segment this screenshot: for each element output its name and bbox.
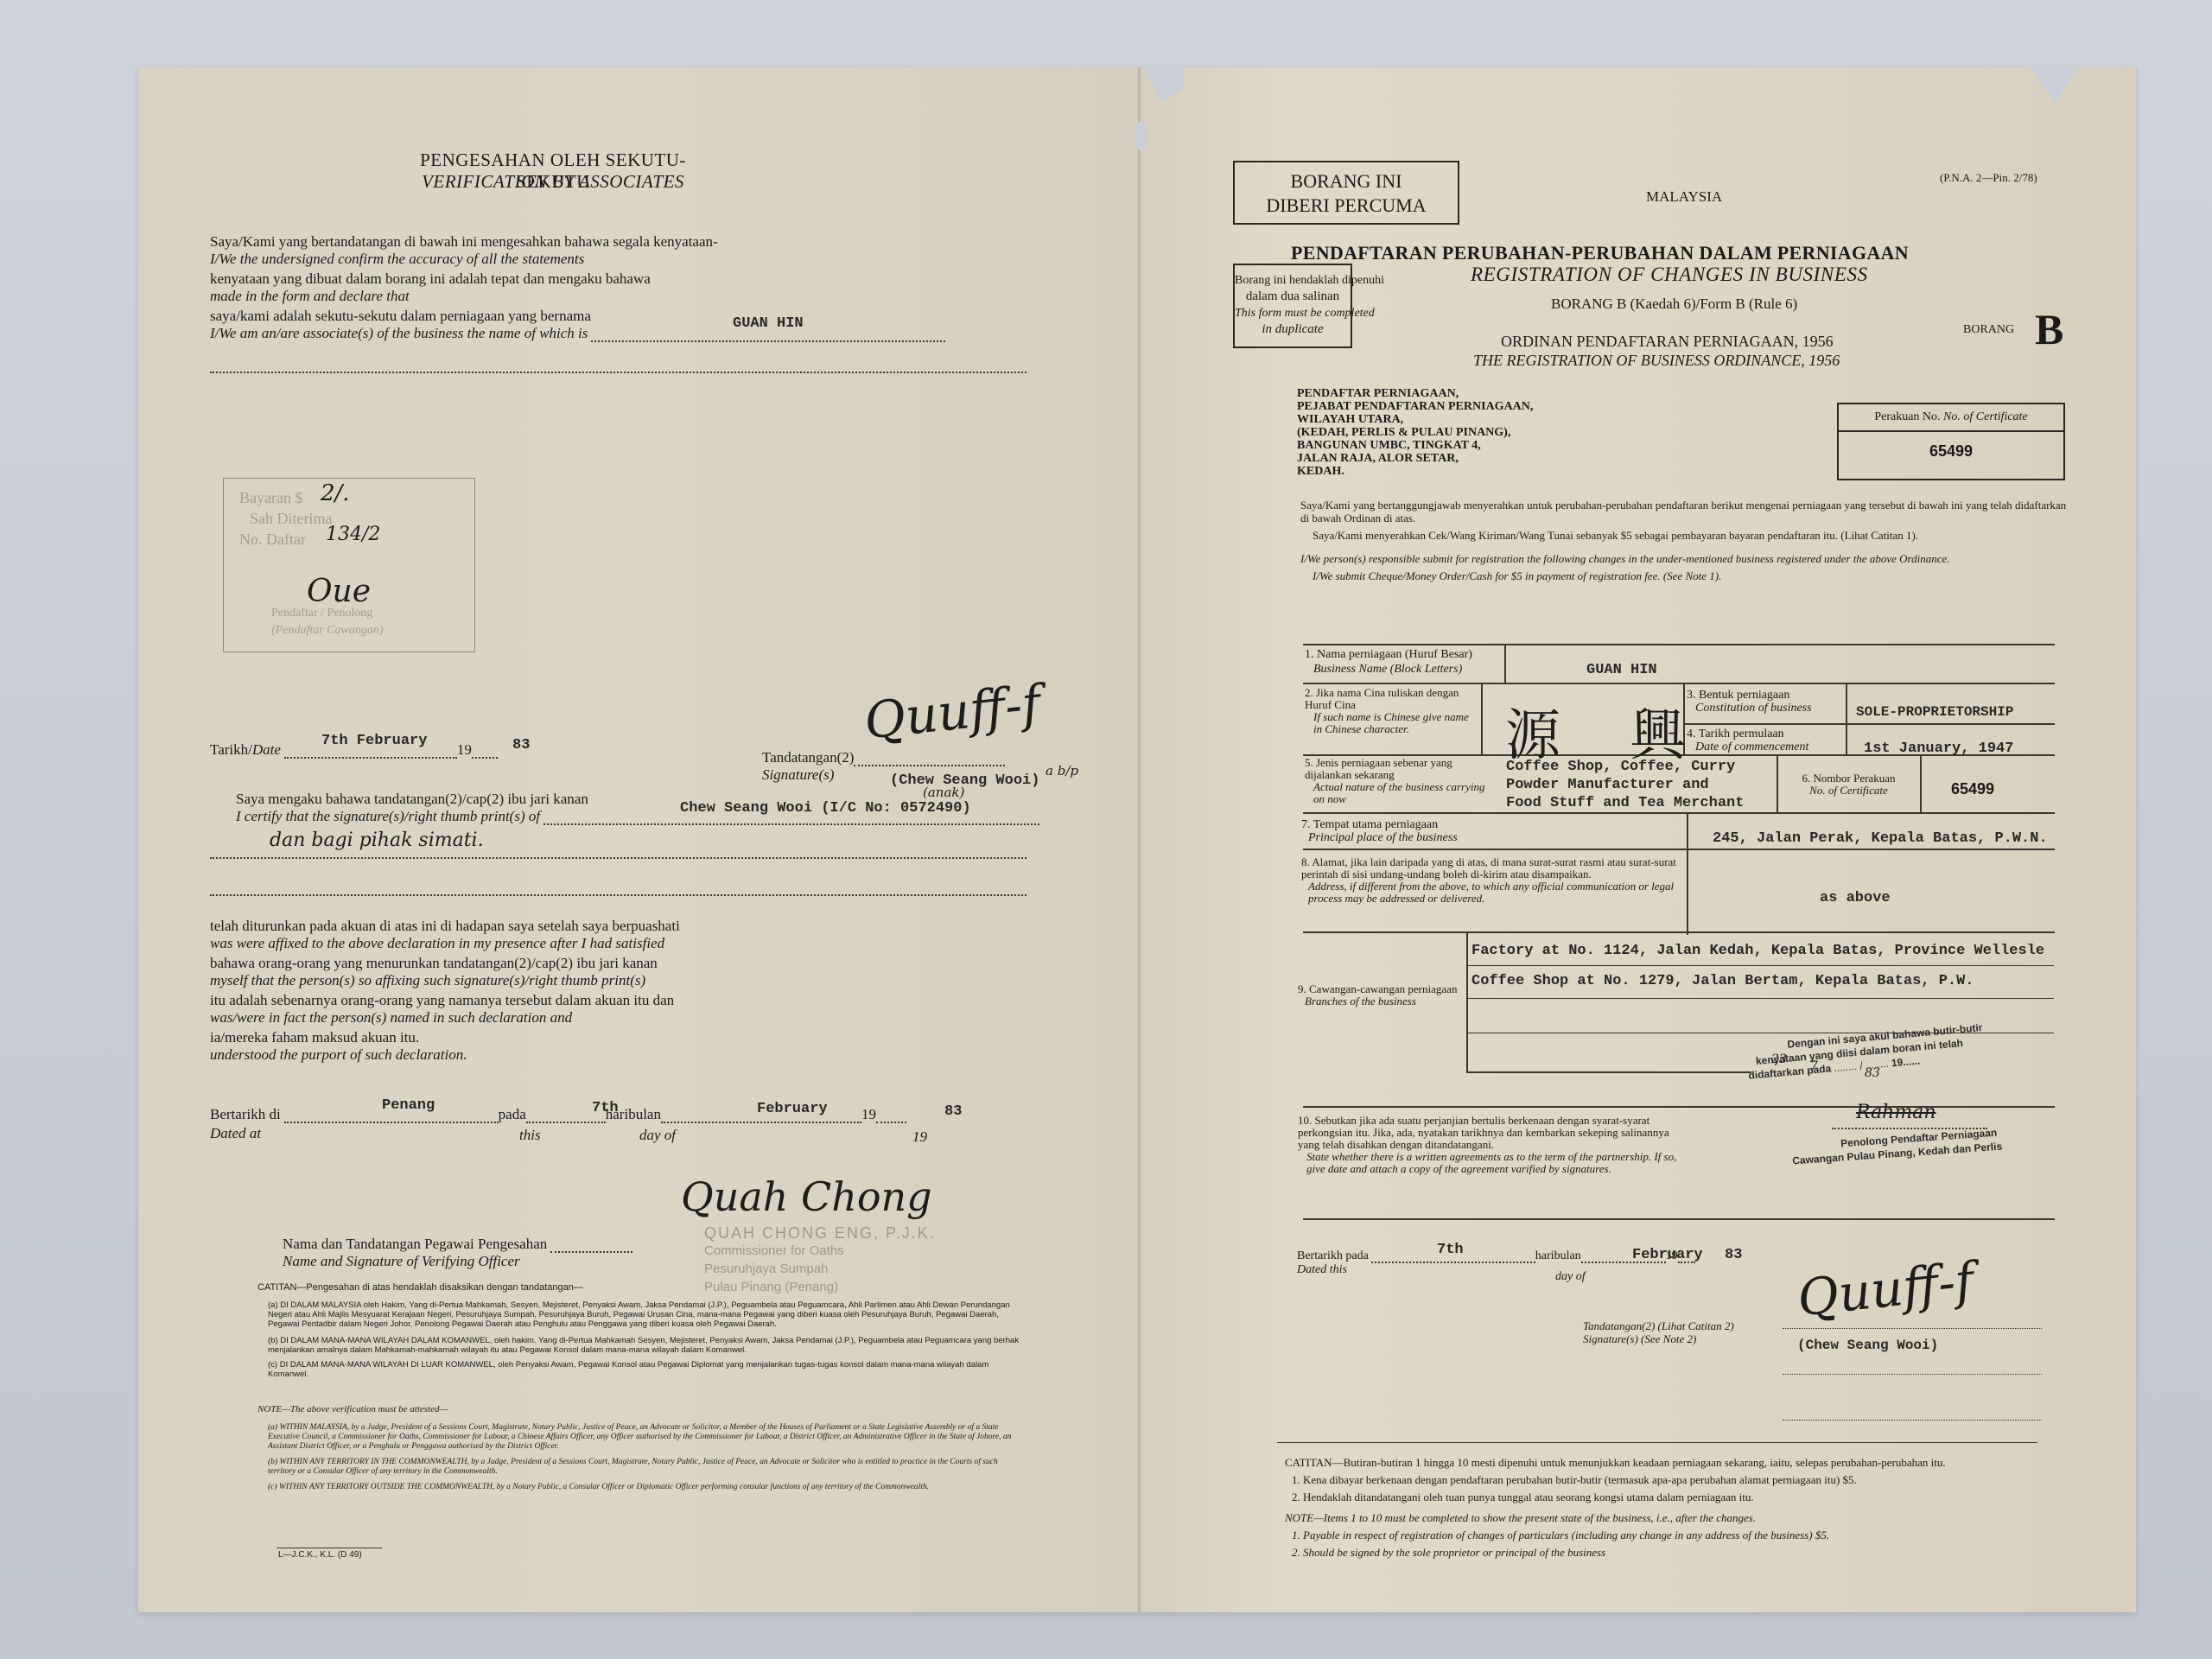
address-line: PEJABAT PENDAFTARAN PERNIAGAAN,	[1297, 400, 1533, 413]
table-col-rule	[1687, 812, 1688, 935]
field-label-en: State whether there is a written agreeme…	[1298, 1151, 1691, 1175]
note-heading: NOTE—The above verification must be atte…	[257, 1404, 448, 1414]
table-col-rule	[1846, 683, 1847, 754]
officer-label-en: Name and Signature of Verifying Officer	[283, 1253, 632, 1270]
certificate-number-value[interactable]: 65499	[1951, 780, 1994, 798]
date-label-ms: Tarikh/	[210, 741, 252, 759]
certified-person[interactable]: Chew Seang Wooi (I/C No: 0572490)	[680, 800, 971, 817]
field-8-label: 8. Alamat, jika lain daripada yang di at…	[1301, 856, 1686, 905]
handwritten-on-behalf: dan bagi pihak simati.	[270, 829, 484, 851]
catitan-item: 1. Kena dibayar berkenaan dengan pendaft…	[1285, 1473, 2037, 1486]
this-label-en: this	[519, 1127, 541, 1144]
paper-hole	[1135, 121, 1147, 150]
address-line: PENDAFTAR PERNIAGAAN,	[1297, 387, 1533, 400]
intro-line-en: made in the form and declare that	[210, 288, 1057, 305]
table-col-rule	[1504, 644, 1506, 683]
intro-line-en: I/We am an/are associate(s) of the busin…	[210, 325, 588, 342]
intro-line-ms: Saya/Kami yang bertandatangan di bawah i…	[210, 233, 1057, 251]
registrar-address: PENDAFTAR PERNIAGAAN, PEJABAT PENDAFTARA…	[1297, 387, 1533, 478]
field-1-label: 1. Nama perniagaan (Huruf Besar) Busines…	[1305, 647, 1472, 677]
signature-label-en: Signature(s) (See Note 2)	[1583, 1332, 1734, 1345]
form-code: (P.N.A. 2—Pin. 2/78)	[1940, 171, 2037, 185]
table-rule	[1466, 965, 2054, 966]
affixed-block: telah diturunkan pada akuan di atas ini …	[210, 918, 832, 1064]
stamp-line: Bayaran $	[239, 489, 302, 507]
printer-rule	[276, 1548, 382, 1548]
handwritten-amount: 2/.	[321, 480, 350, 506]
note-item: (b) WITHIN ANY TERRITORY IN THE COMMONWE…	[268, 1458, 1024, 1477]
free-form-box: BORANG INI DIBERI PERCUMA	[1233, 161, 1459, 225]
year-prefix: 19	[457, 741, 472, 759]
proprietor-name: (Chew Seang Wooi)	[1797, 1338, 1938, 1353]
field-label-ms: 10. Sebutkan jika ada suatu perjanjian b…	[1298, 1115, 1691, 1151]
duplicate-notice-box: Borang ini hendaklah dipenuhi dalam dua …	[1233, 264, 1352, 348]
field-label-ms: 9. Cawangan-cawangan perniagaan	[1298, 983, 1462, 995]
certify-en: I certify that the signature(s)/right th…	[236, 808, 540, 825]
catitan-heading: CATITAN—Pengesahan di atas hendaklah dis…	[257, 1282, 583, 1293]
field-label-ms: 3. Bentuk perniagaan	[1687, 689, 1812, 702]
field-4-label: 4. Tarikh permulaan Date of commencement	[1687, 728, 1808, 753]
note-list: (a) WITHIN MALAYSIA, by a Judge, Preside…	[268, 1423, 1024, 1492]
signature-label-ms: Tandatangan(2) (Lihat Catitan 2)	[1583, 1319, 1734, 1332]
dated-at-label: Bertarikh di	[210, 1106, 281, 1123]
field-3-label: 3. Bentuk perniagaan Constitution of bus…	[1687, 689, 1812, 715]
note-item: (a) WITHIN MALAYSIA, by a Judge, Preside…	[268, 1423, 1024, 1452]
field-label-en: Constitution of business	[1687, 702, 1812, 715]
free-box-line: DIBERI PERCUMA	[1235, 194, 1458, 218]
affixed-ms: bahawa orang-orang yang menurunkan tanda…	[210, 955, 832, 972]
certificate-number[interactable]: 65499	[1839, 442, 2063, 461]
address-line: KEDAH.	[1297, 465, 1533, 478]
field-2-label: 2. Jika nama Cina tuliskan dengan Huruf …	[1305, 687, 1478, 735]
table-rule	[1303, 1106, 2055, 1108]
declaration-text-en: I/We person(s) responsible submit for re…	[1300, 552, 2069, 565]
dotted-line	[210, 372, 1027, 373]
dated-day-value[interactable]: 7th	[592, 1100, 619, 1117]
table-rule	[1303, 931, 2055, 933]
stamp-year-prefix: 19	[1891, 1056, 1904, 1069]
date-year[interactable]: 83	[512, 737, 530, 754]
dated-day-value[interactable]: 7th	[1437, 1242, 1464, 1259]
table-col-rule	[1481, 683, 1483, 754]
catitan-list: (a) DI DALAM MALAYSIA oleh Hakim, Yang d…	[268, 1300, 1024, 1379]
field-label-en: Branches of the business	[1298, 995, 1462, 1007]
duplicate-line: This form must be completed	[1235, 305, 1351, 321]
form-rule: BORANG B (Kaedah 6)/Form B (Rule 6)	[1551, 296, 1797, 313]
branch-2-value[interactable]: Coffee Shop at No. 1279, Jalan Bertam, K…	[1471, 973, 1974, 989]
country-label: MALAYSIA	[1646, 188, 1722, 206]
nature-line: Coffee Shop, Coffee, Curry	[1506, 758, 1744, 776]
dated-place-value[interactable]: Penang	[382, 1097, 435, 1115]
verification-title-en: VERIFICATION BY ASSOCIATES	[389, 171, 717, 193]
intro-line-ms: saya/kami adalah sekutu-sekutu dalam per…	[210, 308, 1057, 325]
nature-line: Powder Manufacturer and	[1506, 776, 1744, 794]
table-col-rule	[1777, 754, 1778, 812]
principal-place-value[interactable]: 245, Jalan Perak, Kepala Batas, P.W.N.	[1713, 830, 2048, 848]
note-item: 1. Payable in respect of registration of…	[1285, 1529, 2037, 1541]
notes-rule	[1277, 1442, 2037, 1443]
stamp-footer: (Pendaftar Cawangan)	[271, 624, 384, 638]
pada-label: pada	[499, 1106, 526, 1123]
handwritten-initials: a b/p	[1046, 763, 1078, 779]
dated-day-line[interactable]	[1371, 1262, 1535, 1263]
duplicate-line: dalam dua salinan	[1235, 289, 1351, 305]
duplicate-line: Borang ini hendaklah dipenuhi	[1235, 272, 1351, 289]
officer-signature: Quah Chong	[681, 1173, 932, 1220]
field-10-label: 10. Sebutkan jika ada suatu perjanjian b…	[1298, 1115, 1691, 1175]
day-of-label-en: day of	[1555, 1270, 1586, 1284]
date-label-en: Date	[252, 741, 281, 759]
field-label-en: Actual nature of the business carrying o…	[1305, 781, 1491, 805]
address-line: JALAN RAJA, ALOR SETAR,	[1297, 452, 1533, 465]
dated-month-value[interactable]: February	[1632, 1247, 1703, 1264]
certificate-header: Perakuan No. No. of Certificate	[1839, 404, 2063, 432]
dated-year-value[interactable]: 83	[1725, 1247, 1742, 1264]
field-label-ms: 1. Nama perniagaan (Huruf Besar)	[1305, 647, 1472, 662]
note-item: 2. Should be signed by the sole propriet…	[1285, 1546, 2037, 1559]
commencement-date-value[interactable]: 1st January, 1947	[1864, 741, 2013, 758]
address-line: (KEDAH, PERLIS & PULAU PINANG),	[1297, 426, 1533, 439]
stamp-line: No. Daftar	[239, 531, 306, 549]
place-line[interactable]	[284, 1122, 499, 1123]
field-6-label: 6. Nombor Perakuan No. of Certificate	[1782, 772, 1916, 797]
month-line[interactable]	[661, 1122, 861, 1123]
catitan-heading: CATITAN—Butiran-butiran 1 hingga 10 mest…	[1285, 1456, 2037, 1469]
right-signature-label: Tandatangan(2) (Lihat Catitan 2) Signatu…	[1583, 1319, 1734, 1345]
dotted-line	[210, 857, 1027, 859]
paper-tear	[1145, 67, 1184, 102]
field-label-en: No. of Certificate	[1782, 785, 1916, 797]
field-label-ms: 7. Tempat utama perniagaan	[1301, 818, 1458, 831]
officer-stamp-line: Pulau Pinang (Penang)	[704, 1280, 838, 1294]
ordinance-en: THE REGISTRATION OF BUSINESS ORDINANCE, …	[1473, 352, 1840, 370]
officer-stamp-line: Pesuruhjaya Sumpah	[704, 1262, 828, 1276]
form-title-en: REGISTRATION OF CHANGES IN BUSINESS	[1471, 264, 1868, 286]
catitan-item: (b) DI DALAM MANA-MANA WILAYAH DALAM KOM…	[268, 1336, 1024, 1355]
officer-stamp-name: QUAH CHONG ENG, P.J.K.	[704, 1224, 936, 1243]
registrar-signature: Rahman	[1856, 1102, 1936, 1123]
field-label-en: If such name is Chinese give name in Chi…	[1305, 711, 1478, 735]
day-of-label-en: day of	[639, 1127, 676, 1144]
borang-label: BORANG	[1963, 323, 2014, 337]
dated-at-row: Bertarikh di pada haribulan 19 Dated at …	[210, 1106, 970, 1123]
intro-line-ms: kenyataan yang dibuat dalam borang ini a…	[210, 270, 1057, 288]
address-line: WILAYAH UTARA,	[1297, 413, 1533, 426]
note-item: (c) WITHIN ANY TERRITORY OUTSIDE THE COM…	[268, 1483, 1024, 1492]
year-prefix: 19	[861, 1106, 876, 1123]
catitan-item: 2. Hendaklah ditandatangani oleh tuan pu…	[1285, 1491, 2037, 1503]
branch-1-value[interactable]: Factory at No. 1124, Jalan Kedah, Kepala…	[1471, 943, 2044, 959]
stamp-year: 83	[1865, 1066, 1880, 1080]
dated-label-ms: Bertarikh pada	[1297, 1249, 1369, 1263]
dated-at-label-en: Dated at	[210, 1125, 261, 1142]
signature-line[interactable]	[854, 749, 1005, 766]
table-col-rule	[1920, 754, 1922, 812]
table-col-rule	[1466, 931, 1468, 1071]
stamp-signature: Oue	[307, 574, 371, 609]
date-value[interactable]: 7th February	[321, 733, 427, 750]
field-label-en: Business Name (Block Letters)	[1305, 662, 1472, 677]
field-label-ms: 6. Nombor Perakuan	[1782, 772, 1916, 785]
table-rule	[1303, 1218, 2055, 1220]
paper-tear	[2031, 67, 2078, 104]
dated-year-value[interactable]: 83	[944, 1103, 962, 1121]
stamp-line: Sah Diterima	[250, 510, 332, 528]
borang-letter: B	[2035, 304, 2063, 354]
right-signature-line[interactable]	[1783, 1328, 2042, 1329]
dotted-line	[1783, 1374, 2042, 1375]
field-label-ms: 2. Jika nama Cina tuliskan dengan Huruf …	[1305, 687, 1478, 711]
intro-line-en: I/We the undersigned confirm the accurac…	[210, 251, 1057, 268]
affixed-en: was were affixed to the above declaratio…	[210, 935, 832, 952]
center-fold	[1138, 67, 1141, 1612]
certificate-box: Perakuan No. No. of Certificate 65499	[1837, 403, 2065, 480]
form-title-ms: PENDAFTARAN PERUBAHAN-PERUBAHAN DALAM PE…	[1291, 242, 1909, 264]
intro-line-en-row: I/We am an/are associate(s) of the busin…	[210, 325, 1057, 342]
dated-label-en: Dated this	[1297, 1263, 1695, 1277]
day-line[interactable]	[526, 1122, 606, 1123]
table-rule	[1466, 1071, 1751, 1073]
field-label-en: Principal place of the business	[1301, 831, 1458, 844]
field-7-label: 7. Tempat utama perniagaan Principal pla…	[1301, 818, 1458, 844]
table-rule	[1466, 998, 2054, 999]
field-label-en: Address, if different from the above, to…	[1301, 880, 1686, 905]
field-label-en: Date of commencement	[1687, 741, 1808, 753]
affixed-en: myself that the person(s) so affixing su…	[210, 972, 832, 989]
haribulan-label: haribulan	[1535, 1249, 1581, 1263]
constitution-value[interactable]: SOLE-PROPRIETORSHIP	[1856, 704, 2013, 720]
declaration-text: Saya/Kami menyerahkan Cek/Wang Kiriman/W…	[1300, 529, 2069, 542]
signatory-name: (Chew Seang Wooi)	[890, 772, 1039, 790]
ordinance-ms: ORDINAN PENDAFTARAN PERNIAGAAN, 1956	[1501, 333, 1834, 351]
address-line: BANGUNAN UMBC, TINGKAT 4,	[1297, 439, 1533, 452]
certificate-label-ms: Perakuan No.	[1874, 410, 1940, 423]
officer-stamp-line: Commissioner for Oaths	[704, 1243, 844, 1258]
dotted-line	[1783, 1420, 2042, 1421]
note-heading: NOTE—Items 1 to 10 must be completed to …	[1285, 1511, 2037, 1524]
stamp-footer: Pendaftar / Penolong	[271, 607, 372, 620]
table-rule	[1303, 644, 2055, 645]
table-rule	[1303, 849, 2055, 850]
affixed-ms: itu adalah sebenarnya orang-orang yang n…	[210, 992, 832, 1009]
catitan-item: (c) DI DALAM MANA-MANA WILAYAH DI LUAR K…	[268, 1360, 1024, 1379]
certificate-label-en: No. of Certificate	[1943, 410, 2028, 423]
official-address-value[interactable]: as above	[1820, 890, 1891, 907]
dotted-line	[210, 894, 1027, 896]
affixed-en: was/were in fact the person(s) named in …	[210, 1009, 832, 1027]
table-rule	[1685, 723, 2055, 725]
declaration-block: Saya/Kami yang bertanggungjawab menyerah…	[1300, 499, 2069, 582]
signature-label-ms: Tandatangan(2)	[762, 749, 854, 766]
receipt-stamp: Bayaran $ Sah Diterima No. Daftar 2/. 13…	[223, 478, 475, 652]
affixed-en: understood the purport of such declarati…	[210, 1046, 832, 1064]
field-label-ms: 8. Alamat, jika lain daripada yang di at…	[1301, 856, 1686, 880]
year-line[interactable]	[472, 757, 498, 759]
duplicate-line: in duplicate	[1235, 321, 1351, 338]
catitan-item: (a) DI DALAM MALAYSIA oleh Hakim, Yang d…	[268, 1300, 1024, 1329]
right-catitan: CATITAN—Butiran-butiran 1 hingga 10 mest…	[1285, 1456, 2037, 1559]
printer-code: L—J.C.K., K.L. (D 49)	[278, 1550, 362, 1560]
affixed-ms: telah diturunkan pada akuan di atas ini …	[210, 918, 832, 935]
stamp-month: 7	[1810, 1059, 1818, 1073]
handwritten-register-no: 134/2	[326, 524, 380, 545]
free-box-line: BORANG INI	[1235, 169, 1458, 194]
stamp-day: 23	[1771, 1052, 1787, 1066]
declaration-text-en: I/We submit Cheque/Money Order/Cash for …	[1300, 569, 2069, 582]
field-label-ms: 4. Tarikh permulaan	[1687, 728, 1808, 741]
year-line[interactable]	[876, 1122, 906, 1123]
dated-month-value[interactable]: February	[757, 1101, 828, 1118]
table-rule	[1303, 812, 2055, 814]
verifying-officer-label: Nama dan Tandatangan Pegawai Pengesahan …	[283, 1236, 632, 1270]
field-5-label: 5. Jenis perniagaan sebenar yang dijalan…	[1305, 757, 1491, 805]
nature-of-business-value[interactable]: Coffee Shop, Coffee, Curry Powder Manufa…	[1506, 758, 1744, 812]
declaration-text: Saya/Kami yang bertanggungjawab menyerah…	[1300, 499, 2069, 524]
officer-label-ms: Nama dan Tandatangan Pegawai Pengesahan	[283, 1236, 547, 1253]
field-label-ms: 5. Jenis perniagaan sebenar yang dijalan…	[1305, 757, 1491, 781]
date-line[interactable]	[284, 757, 457, 759]
affixed-ms: ia/mereka faham maksud akuan itu.	[210, 1029, 832, 1046]
associate-business-name[interactable]: GUAN HIN	[733, 315, 804, 333]
year-prefix-en: 19	[912, 1128, 927, 1146]
table-rule	[1303, 683, 2055, 684]
business-name-value[interactable]: GUAN HIN	[1586, 662, 1657, 679]
field-9-label: 9. Cawangan-cawangan perniagaan Branches…	[1298, 983, 1462, 1007]
nature-line: Food Stuff and Tea Merchant	[1506, 794, 1744, 812]
intro-block: Saya/Kami yang bertandatangan di bawah i…	[210, 233, 1057, 342]
officer-line[interactable]	[550, 1236, 632, 1253]
